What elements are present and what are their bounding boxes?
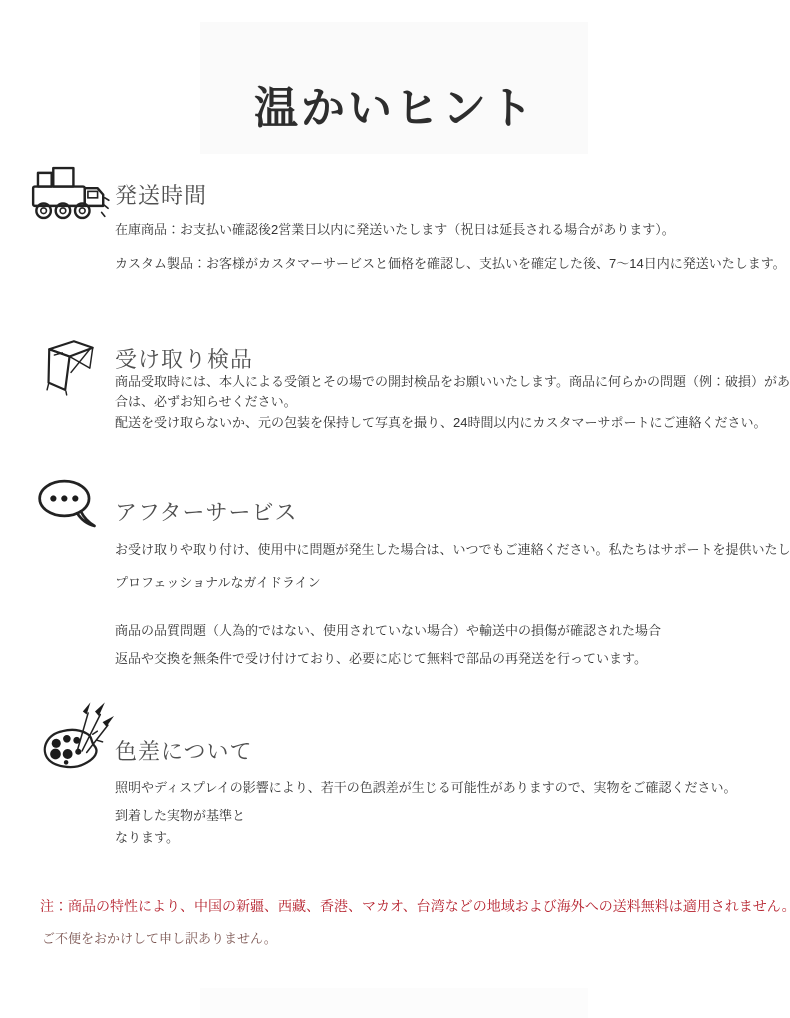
inspection-paragraph-1: 商品受取時には、本人による受領とその場での開封検品をお願いいたします。商品に何ら…	[115, 372, 790, 412]
product-info-page: 温かいヒント 発送時間 在庫商品：お支払い確認後2営業日以内に発送いたします（祝…	[0, 0, 790, 1018]
speech-bubble-icon	[36, 477, 100, 531]
bottom-background-band	[200, 988, 588, 1018]
inspection-paragraph-2: 配送を受け取らないか、元の包装を保持して写真を撮り、24時間以内にカスタマーサポ…	[115, 413, 766, 433]
palette-icon	[38, 700, 114, 770]
page-title: 温かいヒント	[0, 72, 790, 136]
after-service-paragraph-2: プロフェッショナルなガイドライン	[115, 573, 321, 593]
section-heading-shipping: 発送時間	[115, 179, 207, 210]
color-difference-paragraph-2: 到着した実物が基準となります。	[115, 805, 255, 849]
truck-icon	[28, 164, 114, 222]
shipping-paragraph-1: 在庫商品：お支払い確認後2営業日以内に発送いたします（祝日は延長される場合があり…	[115, 220, 675, 240]
section-heading-inspection: 受け取り検品	[115, 343, 253, 374]
section-heading-color-difference: 色差について	[115, 735, 253, 766]
shipping-paragraph-2: カスタム製品：お客様がカスタマーサービスと価格を確認し、支払いを確定した後、7～…	[115, 254, 786, 274]
after-service-paragraph-4: 返品や交換を無条件で受け付けており、必要に応じて無料で部品の再発送を行っています…	[115, 649, 647, 669]
section-heading-after-service: アフターサービス	[115, 496, 297, 527]
apology-notice: ご不便をおかけして申し訳ありません。	[42, 928, 277, 947]
shipping-restriction-notice: 注：商品の特性により、中国の新疆、西藏、香港、マカオ、台湾などの地域および海外へ…	[40, 896, 790, 916]
after-service-paragraph-3: 商品の品質問題（人為的ではない、使用されていない場合）や輸送中の損傷が確認された…	[115, 621, 661, 641]
after-service-paragraph-1: お受け取りや取り付け、使用中に問題が発生した場合は、いつでもご連絡ください。私た…	[115, 540, 790, 560]
color-difference-paragraph-1: 照明やディスプレイの影響により、若干の色誤差が生じる可能性がありますので、実物を…	[115, 778, 737, 798]
open-box-icon	[42, 327, 100, 399]
